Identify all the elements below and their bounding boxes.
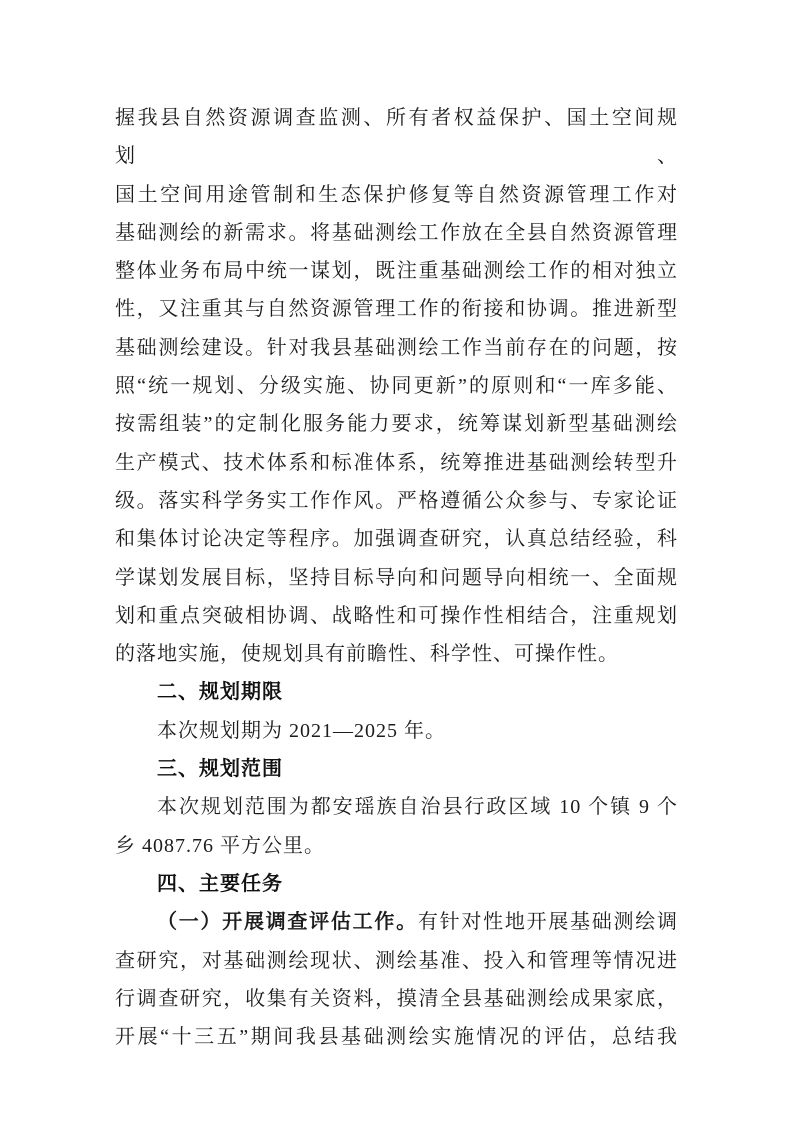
text-line: 划和重点突破相协调、战略性和可操作性相结合，注重规划 (115, 597, 678, 635)
section-heading: 二、规划期限 (115, 673, 678, 711)
text-line: 握我县自然资源调查监测、所有者权益保护、国土空间规划、 (115, 99, 678, 176)
text-line: 本次规划期为 2021—2025 年。 (115, 712, 678, 750)
text-line: 学谋划发展目标，坚持目标导向和问题导向相统一、全面规 (115, 559, 678, 597)
text-line: 基础测绘建设。针对我县基础测绘工作当前存在的问题，按 (115, 329, 678, 367)
text-line: 本次规划范围为都安瑶族自治县行政区域 10 个镇 9 个 (115, 788, 678, 826)
section-heading: 三、规划范围 (115, 750, 678, 788)
text-line: 性，又注重其与自然资源管理工作的衔接和协调。推进新型 (115, 290, 678, 328)
text-line: 整体业务布局中统一谋划，既注重基础测绘工作的相对独立 (115, 252, 678, 290)
text-line: 行调查研究，收集有关资料，摸清全县基础测绘成果家底， (115, 980, 678, 1018)
text-line: 查研究，对基础测绘现状、测绘基准、投入和管理等情况进 (115, 942, 678, 980)
bold-lead: （一）开展调查评估工作。 (157, 911, 418, 933)
text-line: 按需组装”的定制化服务能力要求，统筹谋划新型基础测绘 (115, 405, 678, 443)
text-line: （一）开展调查评估工作。有针对性地开展基础测绘调 (115, 903, 678, 941)
text-line: 的落地实施，使规划具有前瞻性、科学性、可操作性。 (115, 635, 678, 673)
section-heading: 四、主要任务 (115, 865, 678, 903)
document-content: 握我县自然资源调查监测、所有者权益保护、国土空间规划、国土空间用途管制和生态保护… (115, 99, 678, 1056)
text-line: 照“统一规划、分级实施、协同更新”的原则和“一库多能、 (115, 367, 678, 405)
text-line: 开展“十三五”期间我县基础测绘实施情况的评估，总结我 (115, 1018, 678, 1056)
document-page: 握我县自然资源调查监测、所有者权益保护、国土空间规划、国土空间用途管制和生态保护… (0, 0, 793, 1122)
text-line: 和集体讨论决定等程序。加强调查研究，认真总结经验，科 (115, 520, 678, 558)
text-line: 乡 4087.76 平方公里。 (115, 827, 678, 865)
text-line: 生产模式、技术体系和标准体系，统筹推进基础测绘转型升 (115, 444, 678, 482)
text-line: 基础测绘的新需求。将基础测绘工作放在全县自然资源管理 (115, 214, 678, 252)
text-line: 级。落实科学务实工作作风。严格遵循公众参与、专家论证 (115, 482, 678, 520)
text-line: 国土空间用途管制和生态保护修复等自然资源管理工作对 (115, 176, 678, 214)
